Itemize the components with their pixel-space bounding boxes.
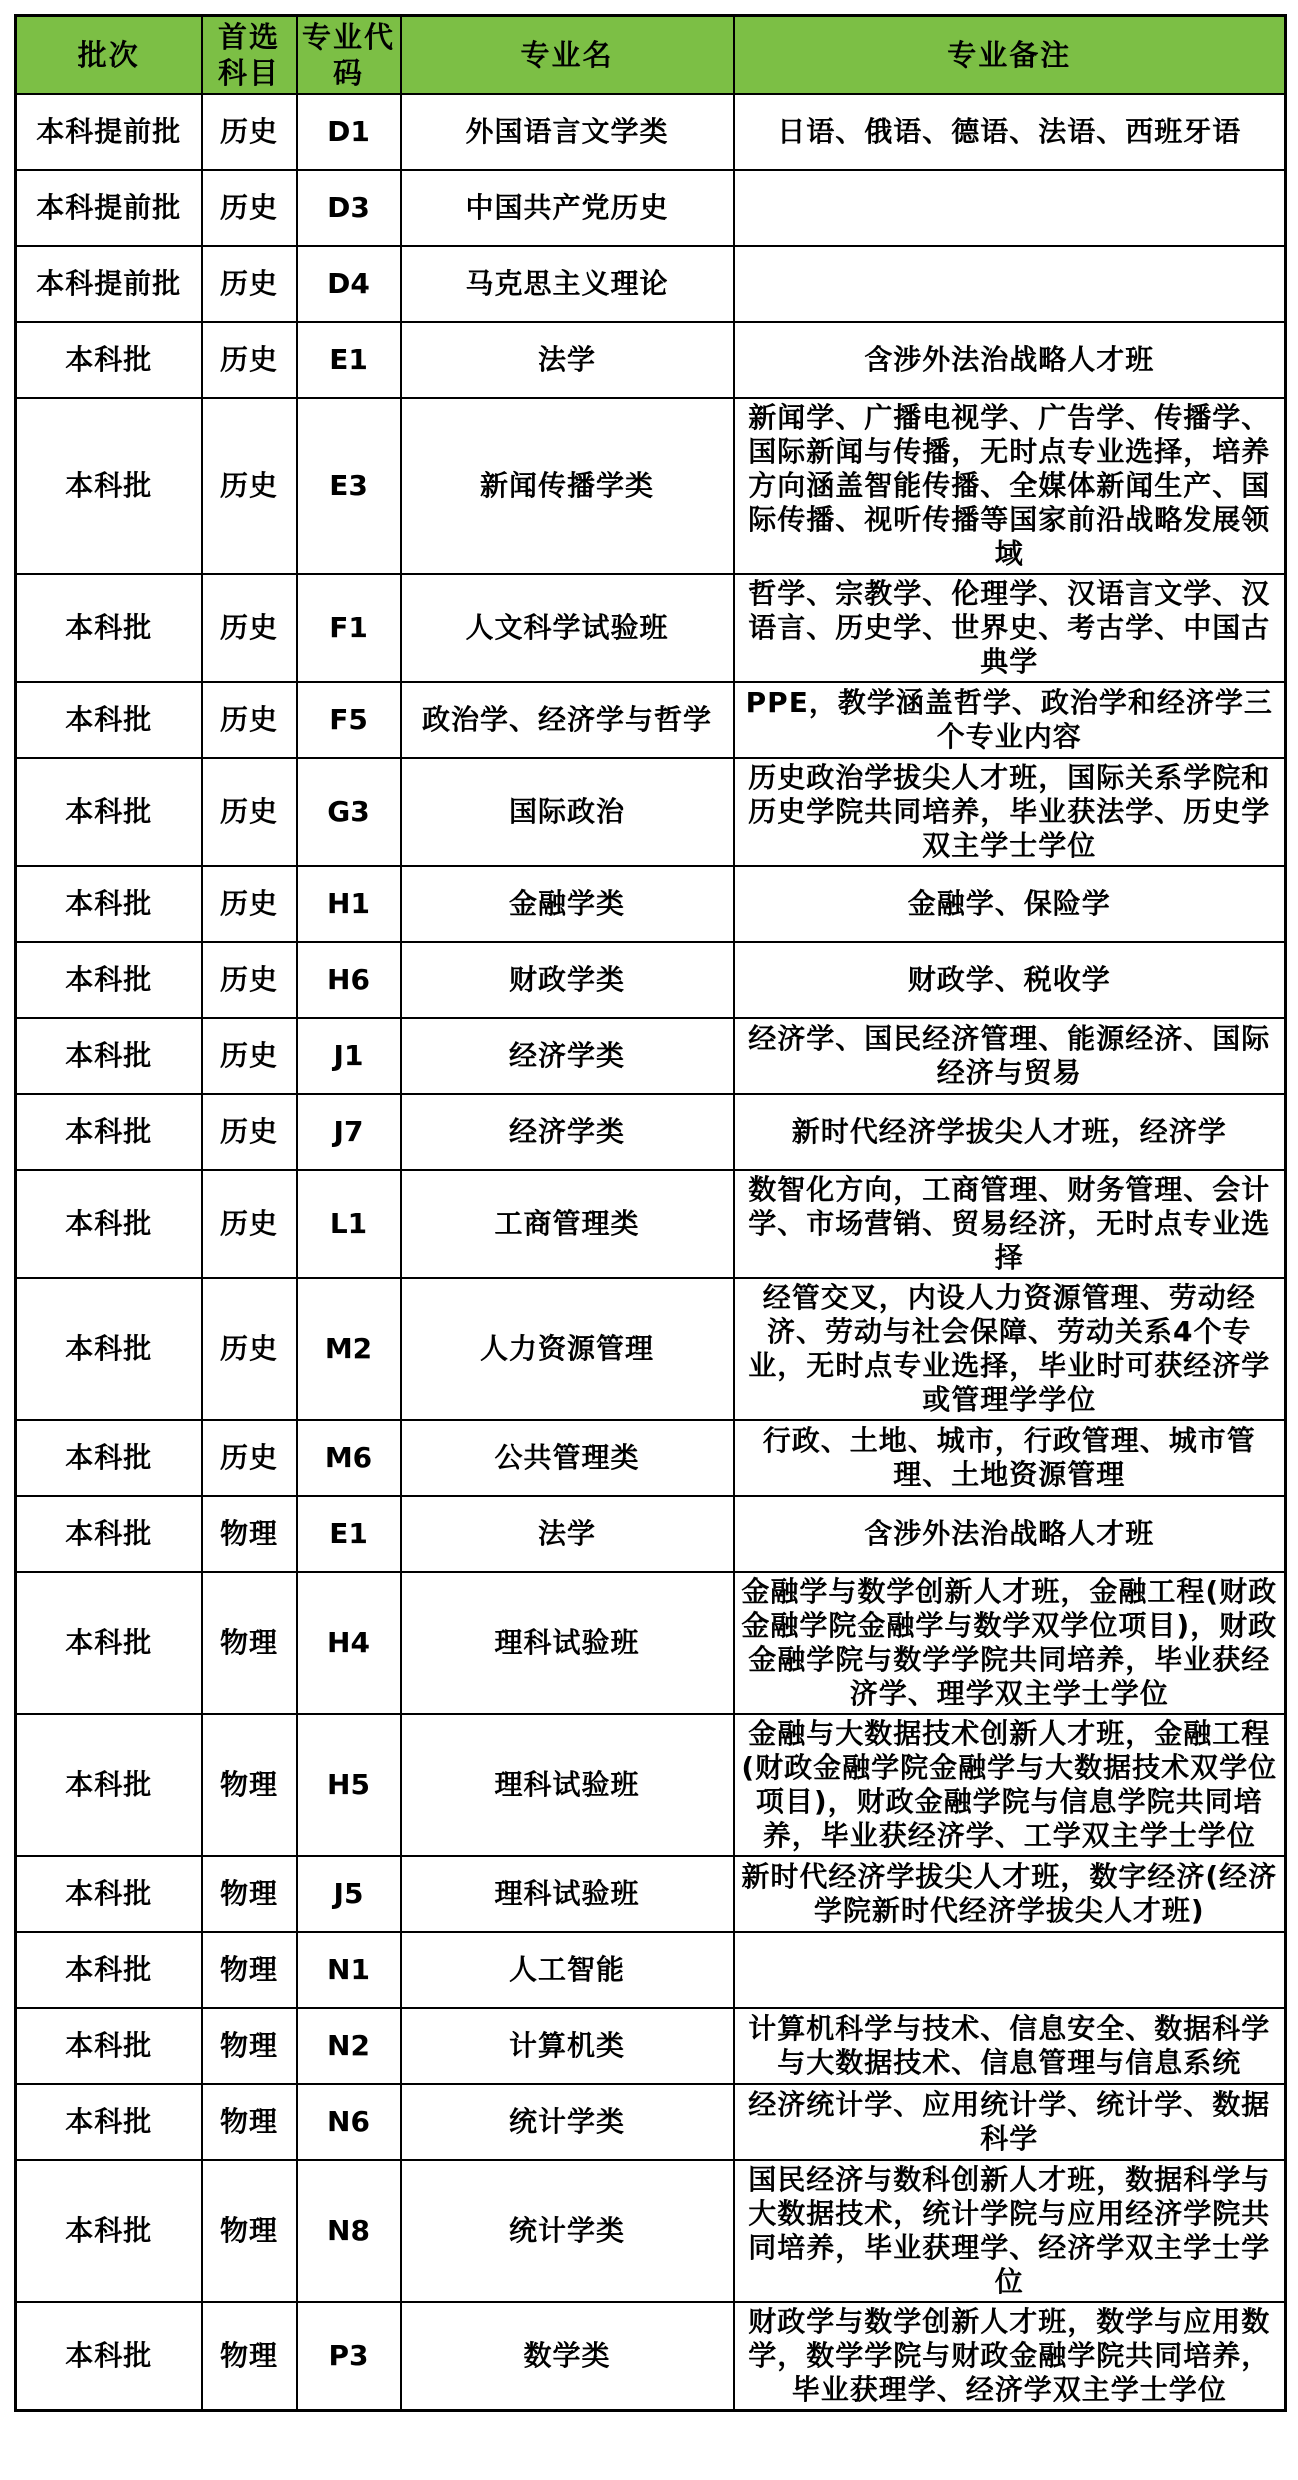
note-cell — [734, 246, 1286, 322]
header-subject: 首选科目 — [202, 16, 297, 95]
majors-table: 批次 首选科目 专业代码 专业名 专业备注 本科提前批 历史 D1 外国语言文学… — [14, 14, 1287, 2412]
note-cell: 数智化方向，工商管理、财务管理、会计学、市场营销、贸易经济，无时点专业选择 — [734, 1170, 1286, 1278]
table-row: 本科提前批 历史 D3 中国共产党历史 — [16, 170, 1286, 246]
table-row: 本科提前批 历史 D4 马克思主义理论 — [16, 246, 1286, 322]
note-cell: 金融学、保险学 — [734, 866, 1286, 942]
batch-cell: 本科批 — [16, 1572, 202, 1714]
batch-cell: 本科批 — [16, 398, 202, 574]
table-row: 本科批 历史 J7 经济学类 新时代经济学拔尖人才班，经济学 — [16, 1094, 1286, 1170]
subject-cell: 物理 — [202, 1714, 297, 1856]
table-row: 本科批 物理 N6 统计学类 经济统计学、应用统计学、统计学、数据科学 — [16, 2084, 1286, 2160]
note-cell: 计算机科学与技术、信息安全、数据科学与大数据技术、信息管理与信息系统 — [734, 2008, 1286, 2084]
batch-cell: 本科提前批 — [16, 94, 202, 170]
code-cell: G3 — [297, 758, 401, 866]
table-row: 本科批 历史 J1 经济学类 经济学、国民经济管理、能源经济、国际经济与贸易 — [16, 1018, 1286, 1094]
code-cell: N6 — [297, 2084, 401, 2160]
batch-cell: 本科批 — [16, 1278, 202, 1420]
code-cell: J7 — [297, 1094, 401, 1170]
note-cell: 含涉外法治战略人才班 — [734, 1496, 1286, 1572]
admissions-majors-page: 批次 首选科目 专业代码 专业名 专业备注 本科提前批 历史 D1 外国语言文学… — [0, 0, 1298, 2480]
table-row: 本科批 物理 H4 理科试验班 金融学与数学创新人才班，金融工程(财政金融学院金… — [16, 1572, 1286, 1714]
table-row: 本科批 物理 J5 理科试验班 新时代经济学拔尖人才班，数字经济(经济学院新时代… — [16, 1856, 1286, 1932]
subject-cell: 历史 — [202, 758, 297, 866]
subject-cell: 物理 — [202, 2084, 297, 2160]
major-cell: 公共管理类 — [401, 1420, 734, 1496]
code-cell: D4 — [297, 246, 401, 322]
table-row: 本科批 历史 E1 法学 含涉外法治战略人才班 — [16, 322, 1286, 398]
major-cell: 工商管理类 — [401, 1170, 734, 1278]
table-row: 本科批 物理 N1 人工智能 — [16, 1932, 1286, 2008]
code-cell: H6 — [297, 942, 401, 1018]
code-cell: F1 — [297, 574, 401, 682]
code-cell: D1 — [297, 94, 401, 170]
subject-cell: 物理 — [202, 1572, 297, 1714]
batch-cell: 本科批 — [16, 1170, 202, 1278]
header-batch: 批次 — [16, 16, 202, 95]
major-cell: 法学 — [401, 322, 734, 398]
note-cell: 国民经济与数科创新人才班，数据科学与大数据技术，统计学院与应用经济学院共同培养，… — [734, 2160, 1286, 2302]
code-cell: J5 — [297, 1856, 401, 1932]
batch-cell: 本科批 — [16, 574, 202, 682]
subject-cell: 物理 — [202, 2008, 297, 2084]
batch-cell: 本科提前批 — [16, 246, 202, 322]
table-row: 本科批 历史 E3 新闻传播学类 新闻学、广播电视学、广告学、传播学、国际新闻与… — [16, 398, 1286, 574]
major-cell: 统计学类 — [401, 2160, 734, 2302]
subject-cell: 历史 — [202, 1278, 297, 1420]
note-cell: 新时代经济学拔尖人才班，数字经济(经济学院新时代经济学拔尖人才班) — [734, 1856, 1286, 1932]
batch-cell: 本科批 — [16, 1420, 202, 1496]
major-cell: 理科试验班 — [401, 1714, 734, 1856]
table-row: 本科批 物理 H5 理科试验班 金融与大数据技术创新人才班，金融工程(财政金融学… — [16, 1714, 1286, 1856]
note-cell: 金融与大数据技术创新人才班，金融工程(财政金融学院金融学与大数据技术双学位项目)… — [734, 1714, 1286, 1856]
table-row: 本科批 历史 M2 人力资源管理 经管交叉，内设人力资源管理、劳动经济、劳动与社… — [16, 1278, 1286, 1420]
table-row: 本科批 物理 N8 统计学类 国民经济与数科创新人才班，数据科学与大数据技术，统… — [16, 2160, 1286, 2302]
header-note: 专业备注 — [734, 16, 1286, 95]
subject-cell: 历史 — [202, 1018, 297, 1094]
subject-cell: 历史 — [202, 1094, 297, 1170]
subject-cell: 物理 — [202, 2302, 297, 2411]
table-row: 本科批 历史 M6 公共管理类 行政、土地、城市，行政管理、城市管理、土地资源管… — [16, 1420, 1286, 1496]
batch-cell: 本科批 — [16, 2084, 202, 2160]
major-cell: 国际政治 — [401, 758, 734, 866]
subject-cell: 历史 — [202, 322, 297, 398]
subject-cell: 历史 — [202, 94, 297, 170]
major-cell: 数学类 — [401, 2302, 734, 2411]
table-row: 本科批 历史 L1 工商管理类 数智化方向，工商管理、财务管理、会计学、市场营销… — [16, 1170, 1286, 1278]
subject-cell: 历史 — [202, 866, 297, 942]
major-cell: 理科试验班 — [401, 1856, 734, 1932]
code-cell: E1 — [297, 1496, 401, 1572]
note-cell: 历史政治学拔尖人才班，国际关系学院和历史学院共同培养，毕业获法学、历史学双主学士… — [734, 758, 1286, 866]
note-cell: 含涉外法治战略人才班 — [734, 322, 1286, 398]
code-cell: E1 — [297, 322, 401, 398]
subject-cell: 历史 — [202, 398, 297, 574]
subject-cell: 历史 — [202, 682, 297, 758]
subject-cell: 物理 — [202, 2160, 297, 2302]
major-cell: 经济学类 — [401, 1094, 734, 1170]
major-cell: 外国语言文学类 — [401, 94, 734, 170]
batch-cell: 本科批 — [16, 1714, 202, 1856]
table-body: 本科提前批 历史 D1 外国语言文学类 日语、俄语、德语、法语、西班牙语 本科提… — [16, 94, 1286, 2411]
note-cell: 新闻学、广播电视学、广告学、传播学、国际新闻与传播，无时点专业选择，培养方向涵盖… — [734, 398, 1286, 574]
major-cell: 金融学类 — [401, 866, 734, 942]
table-row: 本科批 历史 H1 金融学类 金融学、保险学 — [16, 866, 1286, 942]
code-cell: P3 — [297, 2302, 401, 2411]
table-row: 本科批 物理 N2 计算机类 计算机科学与技术、信息安全、数据科学与大数据技术、… — [16, 2008, 1286, 2084]
batch-cell: 本科批 — [16, 682, 202, 758]
code-cell: D3 — [297, 170, 401, 246]
major-cell: 计算机类 — [401, 2008, 734, 2084]
code-cell: J1 — [297, 1018, 401, 1094]
batch-cell: 本科提前批 — [16, 170, 202, 246]
major-cell: 政治学、经济学与哲学 — [401, 682, 734, 758]
batch-cell: 本科批 — [16, 322, 202, 398]
major-cell: 人文科学试验班 — [401, 574, 734, 682]
subject-cell: 历史 — [202, 1170, 297, 1278]
header-major: 专业名 — [401, 16, 734, 95]
major-cell: 统计学类 — [401, 2084, 734, 2160]
code-cell: M6 — [297, 1420, 401, 1496]
table-row: 本科批 历史 F1 人文科学试验班 哲学、宗教学、伦理学、汉语言文学、汉语言、历… — [16, 574, 1286, 682]
batch-cell: 本科批 — [16, 942, 202, 1018]
note-cell: 经管交叉，内设人力资源管理、劳动经济、劳动与社会保障、劳动关系4个专业，无时点专… — [734, 1278, 1286, 1420]
batch-cell: 本科批 — [16, 1018, 202, 1094]
note-cell: 日语、俄语、德语、法语、西班牙语 — [734, 94, 1286, 170]
table-row: 本科批 历史 G3 国际政治 历史政治学拔尖人才班，国际关系学院和历史学院共同培… — [16, 758, 1286, 866]
major-cell: 中国共产党历史 — [401, 170, 734, 246]
code-cell: L1 — [297, 1170, 401, 1278]
subject-cell: 物理 — [202, 1496, 297, 1572]
subject-cell: 历史 — [202, 170, 297, 246]
major-cell: 财政学类 — [401, 942, 734, 1018]
note-cell — [734, 170, 1286, 246]
table-row: 本科批 历史 H6 财政学类 财政学、税收学 — [16, 942, 1286, 1018]
note-cell: 财政学、税收学 — [734, 942, 1286, 1018]
major-cell: 人工智能 — [401, 1932, 734, 2008]
note-cell: PPE，教学涵盖哲学、政治学和经济学三个专业内容 — [734, 682, 1286, 758]
note-cell: 哲学、宗教学、伦理学、汉语言文学、汉语言、历史学、世界史、考古学、中国古典学 — [734, 574, 1286, 682]
note-cell — [734, 1932, 1286, 2008]
batch-cell: 本科批 — [16, 2302, 202, 2411]
table-row: 本科提前批 历史 D1 外国语言文学类 日语、俄语、德语、法语、西班牙语 — [16, 94, 1286, 170]
batch-cell: 本科批 — [16, 1856, 202, 1932]
major-cell: 理科试验班 — [401, 1572, 734, 1714]
note-cell: 财政学与数学创新人才班，数学与应用数学，数学学院与财政金融学院共同培养，毕业获理… — [734, 2302, 1286, 2411]
header-row: 批次 首选科目 专业代码 专业名 专业备注 — [16, 16, 1286, 95]
major-cell: 马克思主义理论 — [401, 246, 734, 322]
table-header: 批次 首选科目 专业代码 专业名 专业备注 — [16, 16, 1286, 95]
batch-cell: 本科批 — [16, 1496, 202, 1572]
major-cell: 新闻传播学类 — [401, 398, 734, 574]
note-cell: 金融学与数学创新人才班，金融工程(财政金融学院金融学与数学双学位项目)，财政金融… — [734, 1572, 1286, 1714]
subject-cell: 历史 — [202, 574, 297, 682]
batch-cell: 本科批 — [16, 2008, 202, 2084]
code-cell: E3 — [297, 398, 401, 574]
major-cell: 人力资源管理 — [401, 1278, 734, 1420]
major-cell: 经济学类 — [401, 1018, 734, 1094]
header-code: 专业代码 — [297, 16, 401, 95]
note-cell: 经济统计学、应用统计学、统计学、数据科学 — [734, 2084, 1286, 2160]
code-cell: M2 — [297, 1278, 401, 1420]
code-cell: H5 — [297, 1714, 401, 1856]
note-cell: 新时代经济学拔尖人才班，经济学 — [734, 1094, 1286, 1170]
code-cell: H1 — [297, 866, 401, 942]
code-cell: H4 — [297, 1572, 401, 1714]
batch-cell: 本科批 — [16, 2160, 202, 2302]
code-cell: N1 — [297, 1932, 401, 2008]
subject-cell: 历史 — [202, 246, 297, 322]
note-cell: 行政、土地、城市，行政管理、城市管理、土地资源管理 — [734, 1420, 1286, 1496]
code-cell: N2 — [297, 2008, 401, 2084]
code-cell: F5 — [297, 682, 401, 758]
major-cell: 法学 — [401, 1496, 734, 1572]
subject-cell: 历史 — [202, 942, 297, 1018]
batch-cell: 本科批 — [16, 1932, 202, 2008]
batch-cell: 本科批 — [16, 1094, 202, 1170]
table-row: 本科批 物理 P3 数学类 财政学与数学创新人才班，数学与应用数学，数学学院与财… — [16, 2302, 1286, 2411]
subject-cell: 物理 — [202, 1932, 297, 2008]
batch-cell: 本科批 — [16, 758, 202, 866]
subject-cell: 物理 — [202, 1856, 297, 1932]
subject-cell: 历史 — [202, 1420, 297, 1496]
table-row: 本科批 物理 E1 法学 含涉外法治战略人才班 — [16, 1496, 1286, 1572]
code-cell: N8 — [297, 2160, 401, 2302]
note-cell: 经济学、国民经济管理、能源经济、国际经济与贸易 — [734, 1018, 1286, 1094]
batch-cell: 本科批 — [16, 866, 202, 942]
table-row: 本科批 历史 F5 政治学、经济学与哲学 PPE，教学涵盖哲学、政治学和经济学三… — [16, 682, 1286, 758]
